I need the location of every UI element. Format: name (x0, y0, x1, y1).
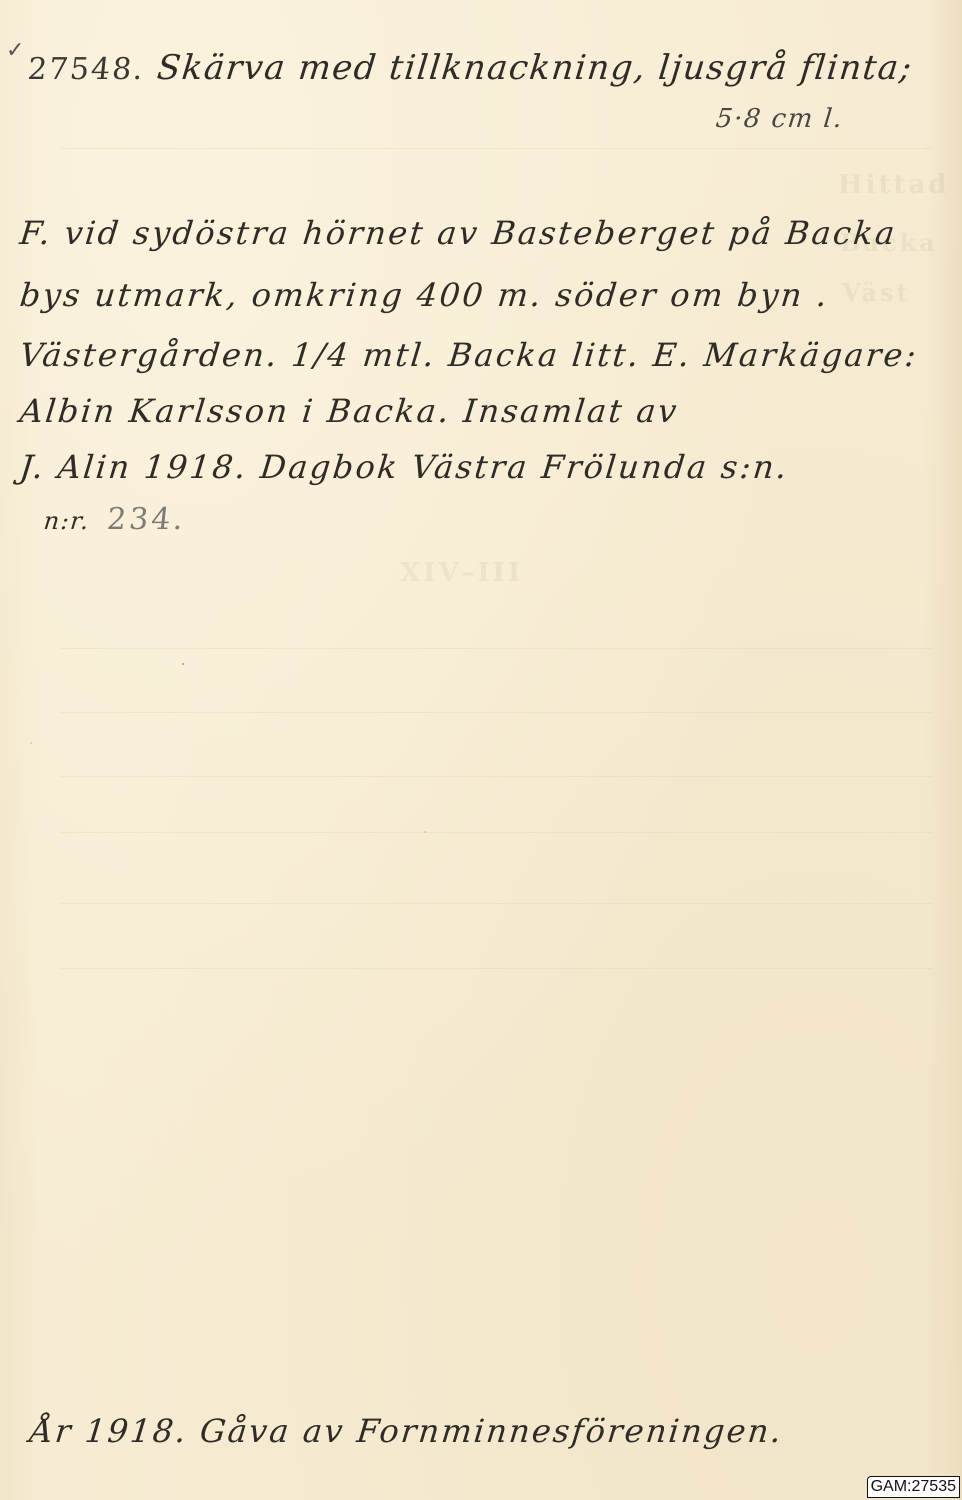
object-title: 27548. Skärva med tillknackning, ljusgrå… (26, 48, 915, 88)
show-through-text: Hittad (838, 170, 950, 200)
ruled-line (60, 968, 932, 969)
ruled-line (60, 776, 932, 777)
paper-speck (30, 742, 32, 744)
show-through-text: Väst (842, 278, 911, 307)
find-location-line: F. vid sydöstra hörnet av Basteberget på… (18, 214, 899, 252)
ruled-line (60, 712, 932, 713)
acquisition-note: År 1918. Gåva av Fornminnesföreningen. (28, 1412, 785, 1450)
diary-number-value: 234. (105, 502, 187, 537)
paper-speck (182, 663, 184, 665)
ruled-line (60, 148, 932, 149)
diary-number: n:r. 234. (42, 502, 188, 537)
ruled-line (60, 648, 932, 649)
find-location-line: bys utmark, omkring 400 m. söder om byn … (18, 276, 831, 314)
check-mark-icon: ✓ (6, 38, 24, 63)
ruled-line (60, 903, 932, 904)
archive-id-stamp: GAM:27535 (867, 1476, 960, 1498)
object-size: 5·8 cm l. (714, 104, 844, 134)
object-description: Skärva med tillknackning, ljusgrå flinta… (155, 48, 915, 88)
diary-number-label: n:r. (42, 507, 91, 535)
collector-line: J. Alin 1918. Dagbok Västra Frölunda s:n… (18, 448, 791, 486)
catalogue-number: 27548. (26, 52, 147, 87)
paper-speck (424, 831, 426, 833)
find-location-line: Västergården. 1/4 mtl. Backa litt. E. Ma… (18, 336, 920, 374)
catalogue-card: Hittad Backa Väst XIV–III ✓ 27548. Skärv… (0, 0, 962, 1500)
show-through-text: XIV–III (400, 558, 523, 588)
landowner-line: Albin Karlsson i Backa. Insamlat av (18, 392, 681, 430)
ruled-line (60, 832, 932, 833)
